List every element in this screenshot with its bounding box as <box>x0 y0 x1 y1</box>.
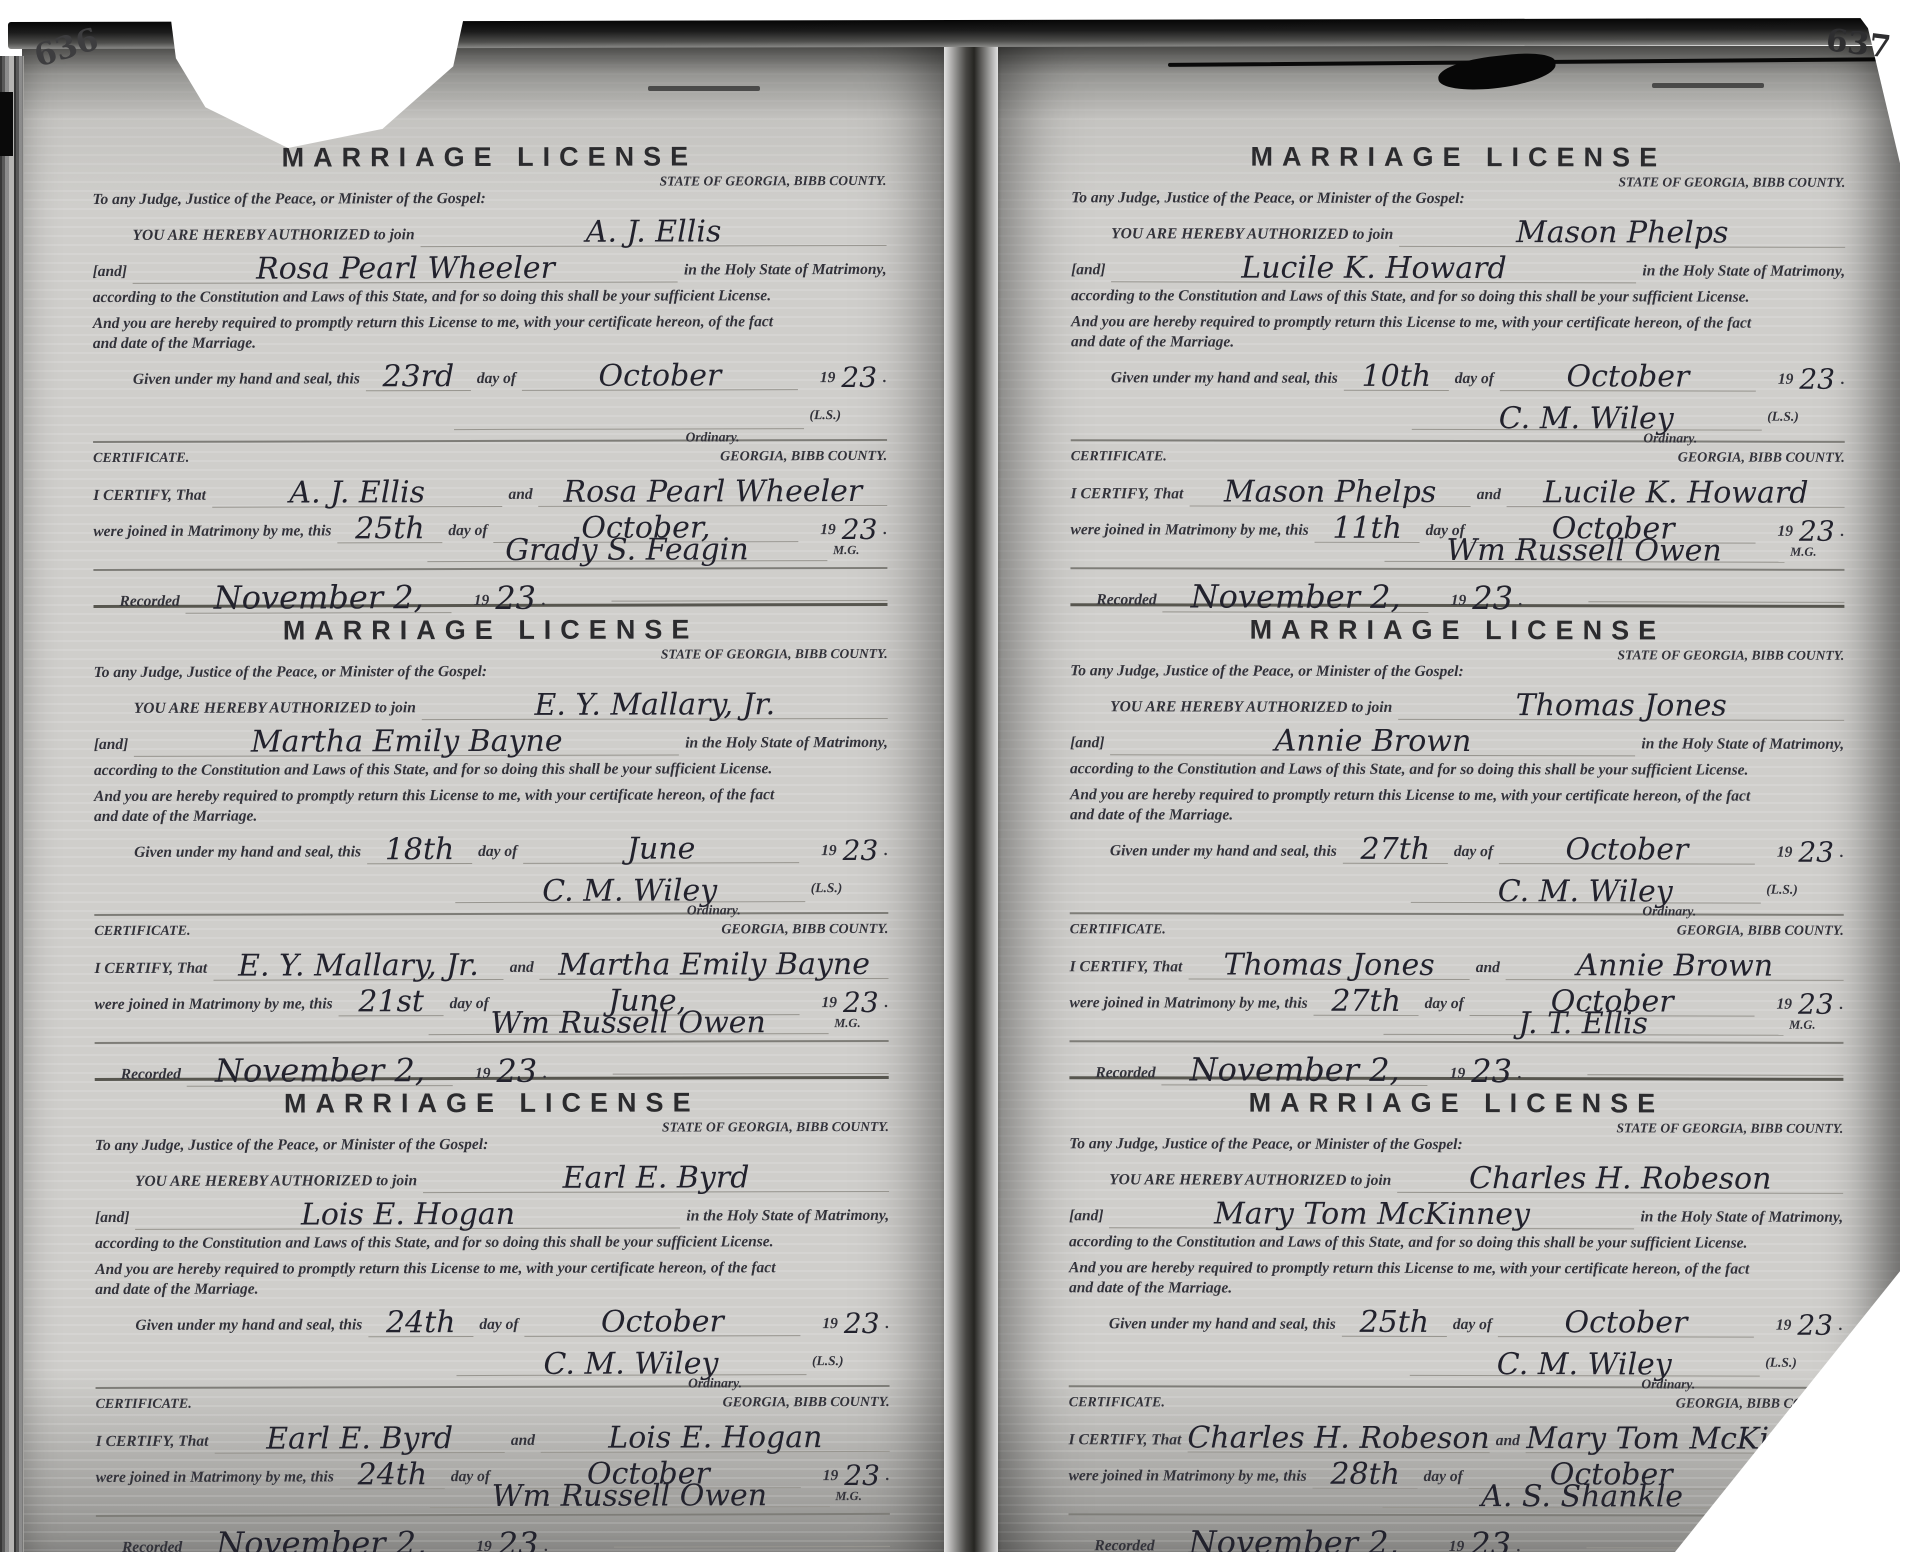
page-right: MARRIAGE LICENSE STATE OF GEORGIA, BIBB … <box>998 46 1900 1552</box>
ls-label: (L.S.) <box>812 1354 844 1370</box>
groom-name: A. J. Ellis <box>421 218 887 247</box>
year-prefix: 19 <box>475 1065 491 1083</box>
license-month: June <box>523 835 799 864</box>
and-bracket-label: [and] <box>93 263 127 281</box>
bride-row: [and] Rosa Pearl Wheeler in the Holy Sta… <box>93 243 887 281</box>
ordinary-signature-line: C. M. Wiley Ordinary. <box>456 1334 806 1376</box>
recorded-label: Recorded <box>1096 591 1156 609</box>
license-date-row: Given under my hand and seal, this 23rd … <box>93 351 887 389</box>
record-title: MARRIAGE LICENSE <box>95 1083 889 1121</box>
recorded-label: Recorded <box>119 593 179 611</box>
certificate-state-line: GEORGIA, BIBB COUNTY. <box>1677 923 1844 939</box>
ordinary-label: Ordinary. <box>686 430 740 446</box>
salutation: To any Judge, Justice of the Peace, or M… <box>95 1136 488 1155</box>
clause-row: and date of the Marriage. <box>95 1277 889 1299</box>
bride-name: Rosa Pearl Wheeler <box>133 254 678 283</box>
license-date-row: Given under my hand and seal, this 18th … <box>94 824 888 862</box>
recorded-label: Recorded <box>1095 1064 1155 1082</box>
certificate-groom-name: Mason Phelps <box>1189 478 1470 507</box>
recorded-label: Recorded <box>1094 1537 1154 1552</box>
state-county-line: STATE OF GEORGIA, BIBB COUNTY. <box>1618 175 1845 191</box>
authorize-row: YOU ARE HEREBY AUTHORIZED to join E. Y. … <box>94 680 888 718</box>
marriage-license-record: MARRIAGE LICENSE STATE OF GEORGIA, BIBB … <box>1068 1076 1843 1551</box>
period: . <box>1519 592 1523 610</box>
salutation-row: To any Judge, Justice of the Peace, or M… <box>94 662 888 682</box>
matrimony-label: in the Holy State of Matrimony, <box>1642 263 1845 281</box>
and-bracket-label: [and] <box>1070 734 1104 752</box>
stationer-imprint <box>1652 83 1764 88</box>
clause-row: and date of the Marriage. <box>1070 804 1844 826</box>
authorize-row: YOU ARE HEREBY AUTHORIZED to join Thomas… <box>1070 680 1844 718</box>
recorded-label: Recorded <box>121 1066 181 1084</box>
matrimony-label: in the Holy State of Matrimony, <box>1640 1209 1843 1227</box>
certificate-state-line: GEORGIA, BIBB COUNTY. <box>720 449 887 466</box>
license-month: October <box>1498 1309 1754 1338</box>
minister-signature: Wm Russell Owen <box>492 1482 767 1510</box>
recorded-date: November 2, <box>1163 583 1429 613</box>
ordinary-label: Ordinary. <box>687 903 741 919</box>
and-bracket-label: [and] <box>95 1209 129 1227</box>
certify-row: I CERTIFY, That Thomas Jones and Annie B… <box>1070 938 1844 978</box>
year-prefix: 19 <box>1777 844 1793 862</box>
authorized-label: YOU ARE HEREBY AUTHORIZED to join <box>133 226 415 245</box>
ordinary-signature-row: C. M. Wiley Ordinary. (L.S.) <box>95 1333 889 1377</box>
authorized-label: YOU ARE HEREBY AUTHORIZED to join <box>1110 698 1392 716</box>
minister-title: M.G. <box>835 1489 861 1503</box>
recorded-year: 23 <box>1471 1057 1512 1086</box>
matrimony-label: in the Holy State of Matrimony, <box>685 734 888 752</box>
period: . <box>883 369 887 387</box>
register-book-scan: 636 637 MARRIAGE LICENSE STATE OF GEORGI… <box>0 0 1917 1552</box>
stationer-imprint <box>648 86 760 91</box>
groom-name: E. Y. Mallary, Jr. <box>422 691 888 720</box>
certificate-state-line: GEORGIA, BIBB COUNTY. <box>723 1395 890 1412</box>
given-label: Given under my hand and seal, this <box>135 1317 362 1335</box>
ordinary-signature-row: C. M. Wiley Ordinary. (L.S.) <box>94 860 888 904</box>
authorize-row: YOU ARE HEREBY AUTHORIZED to join A. J. … <box>92 207 886 245</box>
ordinary-signature-row: C. M. Wiley Ordinary. (L.S.) <box>1070 860 1844 904</box>
clause-1: according to the Constitution and Laws o… <box>1069 1233 1747 1252</box>
state-county-line: STATE OF GEORGIA, BIBB COUNTY. <box>1616 1121 1843 1137</box>
license-month: October <box>1500 363 1756 392</box>
certificate-groom-name: Charles H. Robeson <box>1187 1424 1489 1453</box>
license-year: 23 <box>1799 367 1835 392</box>
bride-name: Lois E. Hogan <box>136 1200 681 1229</box>
certificate-label: CERTIFICATE. <box>1069 1395 1165 1411</box>
and-word: and <box>1476 959 1500 977</box>
certificate-header-row: CERTIFICATE. GEORGIA, BIBB COUNTY. <box>96 1389 890 1413</box>
salutation-row: To any Judge, Justice of the Peace, or M… <box>95 1135 889 1155</box>
period: . <box>1517 1538 1521 1552</box>
certificate-groom-name: Earl E. Byrd <box>214 1425 505 1454</box>
certificate-divider <box>1069 1385 1843 1389</box>
certify-label: I CERTIFY, That <box>96 1433 209 1451</box>
record-title: MARRIAGE LICENSE <box>92 137 886 175</box>
certificate-header-row: CERTIFICATE. GEORGIA, BIBB COUNTY. <box>1071 443 1845 467</box>
certificate-groom-name: E. Y. Mallary, Jr. <box>213 952 504 981</box>
recorded-year: 23 <box>495 584 536 613</box>
ordinary-signature: C. M. Wiley <box>1497 1351 1672 1378</box>
clause-3: and date of the Marriage. <box>94 808 257 826</box>
certificate-bride-name: Annie Brown <box>1506 952 1844 981</box>
day-of-label: day of <box>1453 1316 1492 1334</box>
given-label: Given under my hand and seal, this <box>1109 1315 1336 1333</box>
year-prefix: 19 <box>474 592 490 610</box>
certificate-label: CERTIFICATE. <box>93 451 189 467</box>
certificate-divider <box>1070 912 1844 916</box>
record-title: MARRIAGE LICENSE <box>1071 137 1845 175</box>
and-bracket-label: [and] <box>94 736 128 754</box>
license-day: 27th <box>1343 836 1448 864</box>
salutation: To any Judge, Justice of the Peace, or M… <box>94 663 487 682</box>
year-prefix: 19 <box>1449 1538 1465 1552</box>
state-county-row: STATE OF GEORGIA, BIBB COUNTY. <box>94 646 888 664</box>
license-month: October <box>524 1308 800 1337</box>
and-word: and <box>511 1432 535 1450</box>
bride-row: [and] Annie Brown in the Holy State of M… <box>1070 716 1844 754</box>
license-day: 24th <box>368 1309 473 1337</box>
minister-signature-line: Wm Russell Owen <box>1384 531 1784 563</box>
license-date-row: Given under my hand and seal, this 27th … <box>1070 824 1844 862</box>
certify-label: I CERTIFY, That <box>1071 485 1184 503</box>
license-month: October <box>522 362 798 391</box>
clause-2: And you are hereby required to promptly … <box>1070 786 1750 805</box>
state-county-row: STATE OF GEORGIA, BIBB COUNTY. <box>1069 1119 1843 1137</box>
clause-3: and date of the Marriage. <box>1069 1279 1232 1297</box>
period: . <box>1840 844 1844 862</box>
certificate-bride-name: Rosa Pearl Wheeler <box>539 478 888 507</box>
marriage-license-record: MARRIAGE LICENSE STATE OF GEORGIA, BIBB … <box>93 603 888 1078</box>
certificate-label: CERTIFICATE. <box>96 1397 192 1413</box>
ordinary-label: Ordinary. <box>1642 904 1696 920</box>
license-year: 23 <box>841 365 877 390</box>
license-year: 23 <box>844 1311 880 1336</box>
bride-name: Mary Tom McKinney <box>1110 1200 1635 1229</box>
recorded-year: 23 <box>496 1057 537 1086</box>
matrimony-label: in the Holy State of Matrimony, <box>684 261 887 279</box>
authorize-row: YOU ARE HEREBY AUTHORIZED to join Charle… <box>1069 1153 1843 1191</box>
certificate-label: CERTIFICATE. <box>1071 449 1167 465</box>
marriage-license-record: MARRIAGE LICENSE STATE OF GEORGIA, BIBB … <box>92 137 887 605</box>
year-prefix: 19 <box>822 1315 838 1333</box>
day-of-label: day of <box>479 1316 518 1334</box>
state-county-row: STATE OF GEORGIA, BIBB COUNTY. <box>1071 173 1845 191</box>
minister-signature-line: J. T. Ellis <box>1383 1004 1783 1036</box>
day-of-label: day of <box>1454 843 1493 861</box>
ls-label: (L.S.) <box>1766 882 1798 898</box>
matrimony-label: in the Holy State of Matrimony, <box>1641 736 1844 754</box>
minister-signature: A. S. Shankle <box>1481 1483 1683 1510</box>
minister-signature-line: Wm Russell Owen <box>429 1476 829 1508</box>
clause-row: And you are hereby required to promptly … <box>95 1251 889 1279</box>
ordinary-signature-line: C. M. Wiley Ordinary. <box>455 861 805 903</box>
minister-signature-row: Grady S. Feagin M.G. <box>93 531 887 563</box>
page-number-right: 637 <box>1824 22 1893 66</box>
authorize-row: YOU ARE HEREBY AUTHORIZED to join Mason … <box>1071 207 1845 245</box>
ordinary-signature-row: C. M. Wiley Ordinary. (L.S.) <box>1071 387 1845 431</box>
and-word: and <box>1496 1432 1520 1450</box>
clause-row: And you are hereby required to promptly … <box>1069 1251 1843 1279</box>
salutation-row: To any Judge, Justice of the Peace, or M… <box>1069 1135 1843 1155</box>
ordinary-label: Ordinary. <box>1643 431 1697 447</box>
state-county-line: STATE OF GEORGIA, BIBB COUNTY. <box>1617 648 1844 664</box>
salutation-row: To any Judge, Justice of the Peace, or M… <box>92 189 886 209</box>
record-title: MARRIAGE LICENSE <box>1070 610 1844 648</box>
book-left-edge <box>0 56 24 1552</box>
given-label: Given under my hand and seal, this <box>133 371 360 389</box>
groom-name: Thomas Jones <box>1398 692 1844 721</box>
ordinary-signature-line: Ordinary. <box>453 388 803 430</box>
clause-2: And you are hereby required to promptly … <box>93 313 773 333</box>
trailing-line <box>1588 1074 1844 1076</box>
ls-label: (L.S.) <box>809 408 841 424</box>
clause-1: according to the Constitution and Laws o… <box>95 1233 773 1253</box>
certificate-label: CERTIFICATE. <box>1070 922 1166 938</box>
page-left: MARRIAGE LICENSE STATE OF GEORGIA, BIBB … <box>22 46 944 1552</box>
license-date-row: Given under my hand and seal, this 10th … <box>1071 351 1845 389</box>
ordinary-label: Ordinary. <box>1641 1377 1695 1393</box>
minister-signature-row: Wm Russell Owen M.G. <box>96 1477 890 1509</box>
certify-row: I CERTIFY, That Charles H. Robeson and M… <box>1069 1411 1843 1451</box>
salutation-row: To any Judge, Justice of the Peace, or M… <box>1071 189 1845 209</box>
clause-2: And you are hereby required to promptly … <box>1069 1259 1749 1278</box>
ls-label: (L.S.) <box>1767 409 1799 425</box>
clause-1: according to the Constitution and Laws o… <box>94 760 772 780</box>
certify-label: I CERTIFY, That <box>1069 1431 1182 1449</box>
trailing-line <box>612 600 888 602</box>
year-prefix: 19 <box>821 842 837 860</box>
day-of-label: day of <box>478 843 517 861</box>
and-word: and <box>510 959 534 977</box>
salutation: To any Judge, Justice of the Peace, or M… <box>1071 189 1464 208</box>
license-day: 18th <box>367 836 472 864</box>
authorized-label: YOU ARE HEREBY AUTHORIZED to join <box>135 1172 417 1191</box>
minister-signature: Wm Russell Owen <box>1446 537 1721 565</box>
recorded-row: Recorded November 2, 19 23 . <box>96 1515 890 1552</box>
clause-row: And you are hereby required to promptly … <box>1071 305 1845 333</box>
minister-signature: Wm Russell Owen <box>490 1009 765 1037</box>
certify-label: I CERTIFY, That <box>93 487 206 505</box>
license-day: 10th <box>1344 363 1449 391</box>
salutation: To any Judge, Justice of the Peace, or M… <box>92 190 485 209</box>
clause-row: and date of the Marriage. <box>1071 331 1845 353</box>
ordinary-signature: C. M. Wiley <box>1499 405 1674 432</box>
record-title: MARRIAGE LICENSE <box>94 610 888 648</box>
authorized-label: YOU ARE HEREBY AUTHORIZED to join <box>1111 225 1393 243</box>
certify-row: I CERTIFY, That Mason Phelps and Lucile … <box>1071 465 1845 505</box>
certify-label: I CERTIFY, That <box>1070 958 1183 976</box>
state-county-line: STATE OF GEORGIA, BIBB COUNTY. <box>662 1119 889 1135</box>
day-of-label: day of <box>477 370 516 388</box>
state-county-row: STATE OF GEORGIA, BIBB COUNTY. <box>1070 646 1844 664</box>
clause-row: and date of the Marriage. <box>1069 1277 1843 1299</box>
period: . <box>1518 1065 1522 1083</box>
year-prefix: 19 <box>476 1538 492 1552</box>
minister-signature-line: Wm Russell Owen <box>428 1003 828 1035</box>
period: . <box>884 842 888 860</box>
given-label: Given under my hand and seal, this <box>134 844 361 862</box>
certificate-bride-name: Lucile K. Howard <box>1507 479 1845 508</box>
bride-name: Annie Brown <box>1111 727 1636 756</box>
license-year: 23 <box>1798 840 1834 865</box>
and-bracket-label: [and] <box>1071 261 1105 279</box>
bride-row: [and] Lois E. Hogan in the Holy State of… <box>95 1189 889 1227</box>
groom-name: Earl E. Byrd <box>423 1164 889 1193</box>
ordinary-signature-row: C. M. Wiley Ordinary. (L.S.) <box>1069 1333 1843 1377</box>
clause-1: according to the Constitution and Laws o… <box>93 287 771 307</box>
period: . <box>544 1538 548 1552</box>
certificate-bride-name: Martha Emily Bayne <box>540 951 889 980</box>
and-word: and <box>1477 486 1501 504</box>
clause-row: and date of the Marriage. <box>94 804 888 826</box>
marriage-license-record: MARRIAGE LICENSE STATE OF GEORGIA, BIBB … <box>1069 603 1844 1078</box>
salutation-row: To any Judge, Justice of the Peace, or M… <box>1070 662 1844 682</box>
ordinary-signature: C. M. Wiley <box>543 1350 718 1377</box>
ordinary-signature: C. M. Wiley <box>1498 878 1673 905</box>
authorize-row: YOU ARE HEREBY AUTHORIZED to join Earl E… <box>95 1153 889 1191</box>
salutation: To any Judge, Justice of the Peace, or M… <box>1069 1135 1462 1154</box>
certify-label: I CERTIFY, That <box>94 960 207 978</box>
marriage-license-record: MARRIAGE LICENSE STATE OF GEORGIA, BIBB … <box>1070 137 1845 605</box>
recorded-date: November 2, <box>1162 1056 1428 1086</box>
ls-label: (L.S.) <box>1765 1355 1797 1371</box>
minister-signature: J. T. Ellis <box>1518 1010 1648 1037</box>
authorized-label: YOU ARE HEREBY AUTHORIZED to join <box>1109 1171 1391 1189</box>
certificate-header-row: CERTIFICATE. GEORGIA, BIBB COUNTY. <box>1069 1389 1843 1413</box>
certify-row: I CERTIFY, That A. J. Ellis and Rosa Pea… <box>93 465 887 505</box>
year-prefix: 19 <box>820 369 836 387</box>
year-prefix: 19 <box>1778 371 1794 389</box>
given-label: Given under my hand and seal, this <box>1111 369 1338 387</box>
minister-title: M.G. <box>1790 544 1816 558</box>
state-county-line: STATE OF GEORGIA, BIBB COUNTY. <box>660 173 887 189</box>
state-county-row: STATE OF GEORGIA, BIBB COUNTY. <box>92 173 886 191</box>
clause-2: And you are hereby required to promptly … <box>94 786 774 806</box>
minister-signature: Grady S. Feagin <box>505 536 748 564</box>
period: . <box>542 592 546 610</box>
clause-3: and date of the Marriage. <box>1071 333 1234 351</box>
authorized-label: YOU ARE HEREBY AUTHORIZED to join <box>134 699 416 718</box>
minister-title: M.G. <box>1789 1017 1815 1031</box>
recorded-year: 23 <box>498 1530 539 1552</box>
certificate-divider <box>1071 439 1845 443</box>
recorded-date: November 2, <box>188 1529 454 1552</box>
state-county-line: STATE OF GEORGIA, BIBB COUNTY. <box>661 646 888 662</box>
groom-name: Charles H. Robeson <box>1397 1165 1843 1194</box>
page-right-content: MARRIAGE LICENSE STATE OF GEORGIA, BIBB … <box>998 46 1900 1551</box>
minister-signature-row: J. T. Ellis M.G. <box>1070 1004 1844 1036</box>
recorded-label: Recorded <box>122 1539 182 1552</box>
groom-name: Mason Phelps <box>1399 219 1845 248</box>
recorded-year: 23 <box>1472 584 1513 613</box>
certificate-state-line: GEORGIA, BIBB COUNTY. <box>721 922 888 939</box>
license-date-row: Given under my hand and seal, this 25th … <box>1069 1297 1843 1335</box>
clause-1: according to the Constitution and Laws o… <box>1071 287 1749 306</box>
recorded-year: 23 <box>1470 1530 1511 1552</box>
trailing-line <box>613 1073 889 1075</box>
certificate-state-line: GEORGIA, BIBB COUNTY. <box>1678 450 1845 466</box>
marriage-license-record: MARRIAGE LICENSE STATE OF GEORGIA, BIBB … <box>95 1076 890 1551</box>
matrimony-label: in the Holy State of Matrimony, <box>686 1207 889 1225</box>
clause-1: according to the Constitution and Laws o… <box>1070 760 1748 779</box>
ordinary-signature-line: C. M. Wiley Ordinary. <box>1409 1335 1759 1377</box>
period: . <box>885 1315 889 1333</box>
period: . <box>543 1065 547 1083</box>
certificate-label: CERTIFICATE. <box>94 924 190 940</box>
clause-row: And you are hereby required to promptly … <box>1070 778 1844 806</box>
ordinary-signature-line: C. M. Wiley Ordinary. <box>1411 389 1761 431</box>
year-prefix: 19 <box>1451 592 1467 610</box>
clause-2: And you are hereby required to promptly … <box>1071 313 1751 332</box>
ordinary-signature-row: Ordinary. (L.S.) <box>93 387 887 431</box>
certificate-header-row: CERTIFICATE. GEORGIA, BIBB COUNTY. <box>94 916 888 940</box>
day-of-label: day of <box>1455 370 1494 388</box>
minister-signature-row: Wm Russell Owen M.G. <box>1070 531 1844 563</box>
recorded-date: November 2, <box>186 583 452 613</box>
certificate-header-row: CERTIFICATE. GEORGIA, BIBB COUNTY. <box>93 443 887 467</box>
certificate-bride-name: Lois E. Hogan <box>541 1424 890 1453</box>
and-bracket-label: [and] <box>1069 1207 1103 1225</box>
license-year: 23 <box>1797 1313 1833 1338</box>
license-day: 25th <box>1342 1309 1447 1337</box>
license-day: 23rd <box>366 363 471 391</box>
trailing-line <box>1589 601 1845 603</box>
page-left-content: MARRIAGE LICENSE STATE OF GEORGIA, BIBB … <box>22 46 944 1551</box>
clause-row: And you are hereby required to promptly … <box>93 305 887 333</box>
book-gutter <box>940 30 1002 1552</box>
license-month: October <box>1499 836 1755 865</box>
and-word: and <box>508 486 532 504</box>
state-county-row: STATE OF GEORGIA, BIBB COUNTY. <box>95 1119 889 1137</box>
year-prefix: 19 <box>1450 1065 1466 1083</box>
certify-row: I CERTIFY, That E. Y. Mallary, Jr. and M… <box>94 938 888 978</box>
certificate-header-row: CERTIFICATE. GEORGIA, BIBB COUNTY. <box>1070 916 1844 940</box>
record-title: MARRIAGE LICENSE <box>1069 1083 1843 1121</box>
minister-title: M.G. <box>833 543 859 557</box>
ordinary-signature-line: C. M. Wiley Ordinary. <box>1410 862 1760 904</box>
bride-name: Lucile K. Howard <box>1112 254 1637 283</box>
trailing-line <box>614 1546 890 1548</box>
clause-2: And you are hereby required to promptly … <box>95 1259 775 1279</box>
period: . <box>1841 371 1845 389</box>
ordinary-signature: C. M. Wiley <box>542 877 717 904</box>
certificate-groom-name: Thomas Jones <box>1188 951 1469 980</box>
clause-row: And you are hereby required to promptly … <box>94 778 888 806</box>
binding-mark <box>0 92 13 156</box>
year-prefix: 19 <box>1776 1317 1792 1335</box>
ordinary-label: Ordinary. <box>688 1376 742 1392</box>
minister-title: M.G. <box>834 1016 860 1030</box>
clause-3: and date of the Marriage. <box>95 1281 258 1299</box>
ls-label: (L.S.) <box>811 881 843 897</box>
clause-3: and date of the Marriage. <box>1070 806 1233 824</box>
recorded-date: November 2, <box>1161 1529 1427 1552</box>
bride-name: Martha Emily Bayne <box>134 727 679 756</box>
license-year: 23 <box>843 838 879 863</box>
certificate-groom-name: A. J. Ellis <box>212 479 503 508</box>
bride-row: [and] Lucile K. Howard in the Holy State… <box>1071 243 1845 281</box>
certify-row: I CERTIFY, That Earl E. Byrd and Lois E.… <box>96 1411 890 1451</box>
given-label: Given under my hand and seal, this <box>1110 842 1337 860</box>
salutation: To any Judge, Justice of the Peace, or M… <box>1070 662 1463 681</box>
recorded-date: November 2, <box>187 1056 453 1086</box>
license-date-row: Given under my hand and seal, this 24th … <box>95 1297 889 1335</box>
clause-3: and date of the Marriage. <box>93 335 256 353</box>
period: . <box>1839 1317 1843 1335</box>
minister-signature-line: Grady S. Feagin <box>427 530 827 562</box>
clause-row: and date of the Marriage. <box>93 331 887 353</box>
minister-signature-row: Wm Russell Owen M.G. <box>95 1004 889 1036</box>
